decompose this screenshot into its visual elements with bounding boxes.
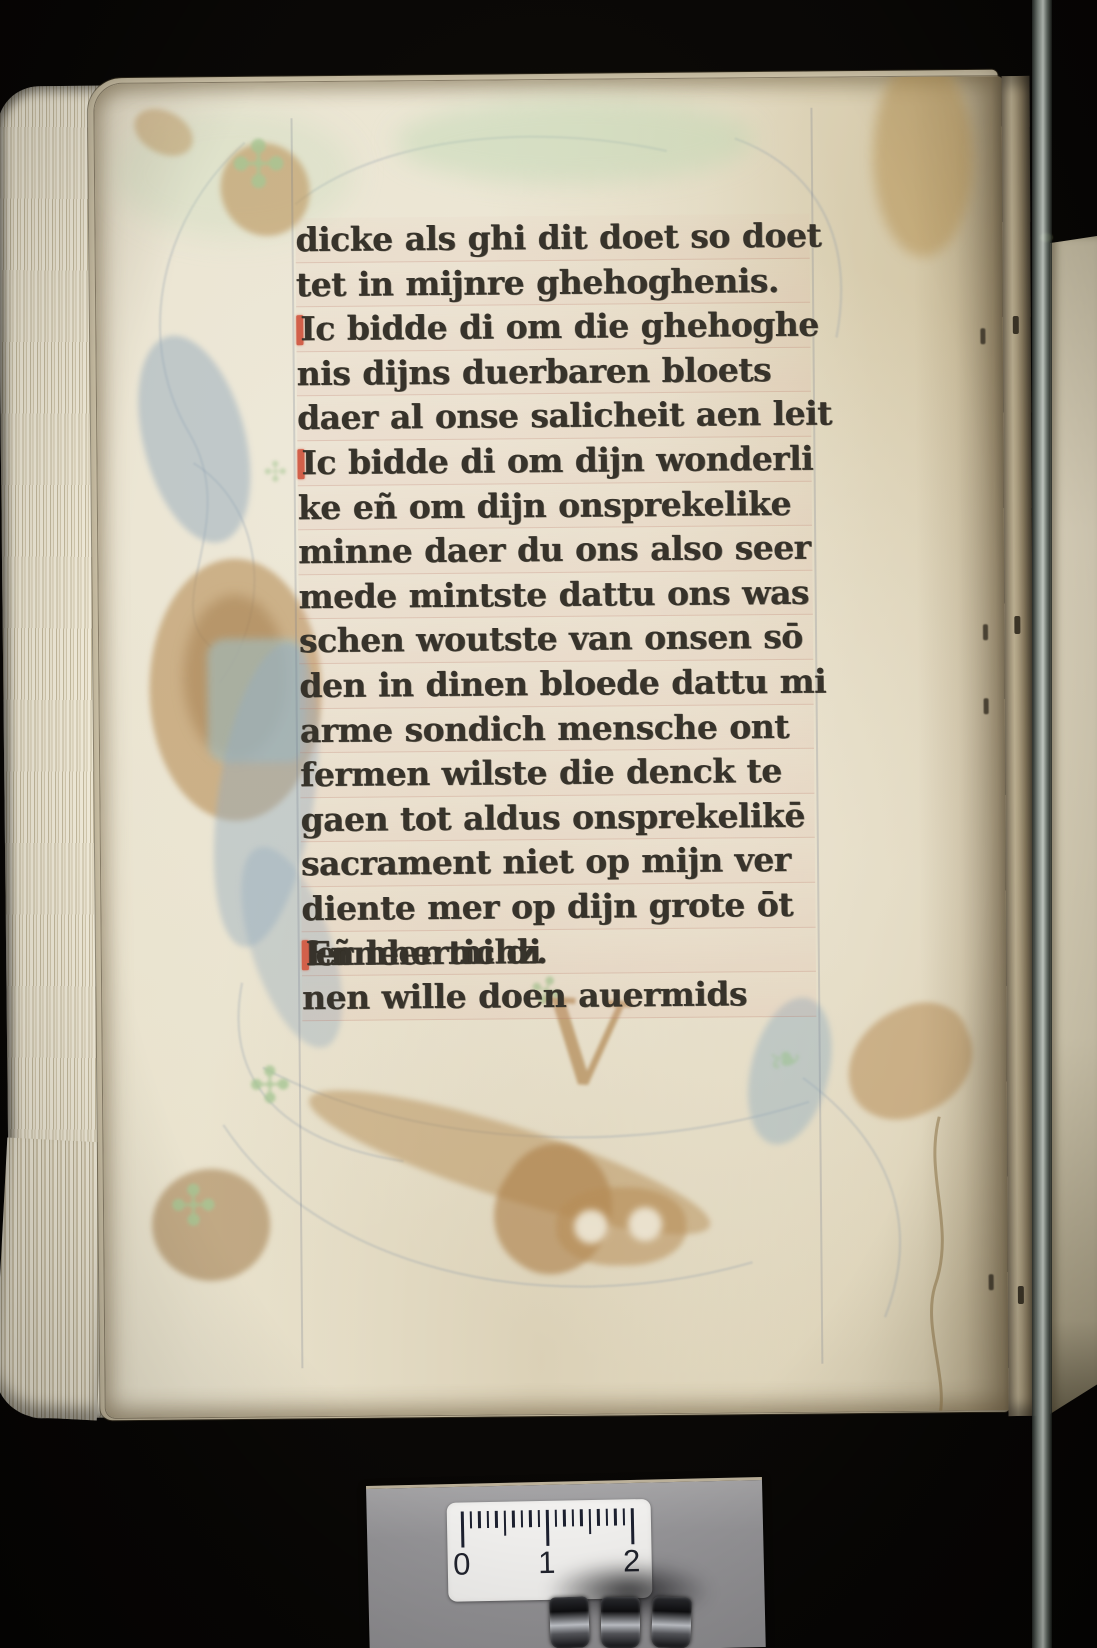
manuscript-line: fermhertichz. Eñ leer mi di <box>302 927 816 976</box>
manuscript-line-text: nen wille doen auermids <box>302 972 747 1020</box>
manuscript-line-text: mede mintste dattu ons was <box>298 571 809 620</box>
tan-double-ring-leaf <box>556 1187 687 1266</box>
manuscript-line-text: den in dinen bloede dattu mi <box>299 660 826 709</box>
facing-recto-page-sliver <box>1050 236 1097 1414</box>
ruler-tick <box>486 1511 489 1528</box>
ruler-tick <box>503 1511 506 1536</box>
manuscript-verso-page: V ✣ ✣ ✣ ✣ ❧ ✣ dicke als ghi dit doet so … <box>94 76 1014 1418</box>
manuscript-line: nis dijns duerbaren bloets <box>297 348 811 397</box>
manuscript-line-text: schen woutste van onsen sō <box>299 615 803 664</box>
ruler-tick <box>546 1510 550 1546</box>
manuscript-line: minne daer du ons also seer <box>298 526 812 575</box>
photograph-of-manuscript: V ✣ ✣ ✣ ✣ ❧ ✣ dicke als ghi dit doet so … <box>0 0 1097 1648</box>
manuscript-line-text: sacrament niet op mijn ver <box>301 838 791 887</box>
clip-prong <box>651 1596 692 1648</box>
sewing-mark <box>980 328 985 344</box>
ruler-tick <box>597 1509 600 1526</box>
ruler-tick <box>469 1511 472 1528</box>
sewing-mark <box>1013 316 1019 334</box>
manuscript-line: Ic bidde di om die ghehoghe <box>296 303 810 352</box>
manuscript-line: sacrament niet op mijn ver <box>301 838 815 887</box>
manuscript-line: nen wille doen auermids <box>302 972 816 1021</box>
ruler-tick <box>605 1509 608 1526</box>
sewing-mark <box>984 698 989 714</box>
manuscript-line: schen woutste van onsen sō <box>299 615 813 664</box>
manuscript-line: den in dinen bloede dattu mi <box>299 660 813 709</box>
ruler-tick <box>614 1509 617 1526</box>
ruler-tick <box>580 1509 583 1526</box>
manuscript-line-text: dicke als ghi dit doet so doet <box>295 214 821 263</box>
ruler-tick <box>520 1510 523 1527</box>
green-star-flower: ✣ <box>170 1179 217 1235</box>
manuscript-line: diente mer op dijn grote ōt <box>301 883 815 932</box>
manuscript-line: dicke als ghi dit doet so doet <box>295 214 809 263</box>
manuscript-line-text: Eñ leer mi di <box>306 930 541 977</box>
manuscript-line-text: Ic bidde di om die ghehoghe <box>300 303 819 352</box>
manuscript-line-text: gaen tot aldus onsprekelikē <box>300 794 805 843</box>
green-star-flower: ✣ <box>263 458 287 486</box>
glass-weight-strip <box>1032 0 1052 1648</box>
ruler-tick <box>537 1510 540 1527</box>
ruler-tick <box>571 1509 574 1526</box>
manuscript-line-text: ke eñ om dijn onsprekelike <box>298 481 791 530</box>
manuscript-line-text: arme sondich mensche ont <box>300 704 790 753</box>
clip-prong <box>601 1597 640 1648</box>
manuscript-line: Ic bidde di om dijn wonderli <box>297 437 811 486</box>
ruler-tick <box>563 1510 566 1527</box>
ruler-tick <box>478 1511 481 1528</box>
green-star-flower: ✣ <box>249 1060 291 1110</box>
ring-hole <box>574 1210 608 1244</box>
ruler-tick <box>588 1509 591 1534</box>
manuscript-line: daer al onse salicheit aen leit <box>297 392 811 441</box>
parchment-crease <box>893 1116 996 1417</box>
manuscript-line: fermen wilste die denck te <box>300 749 814 798</box>
book-page-edges-stack-bottom <box>0 1137 111 1420</box>
sewing-mark <box>1014 616 1020 634</box>
manuscript-line: ke eñ om dijn onsprekelike <box>298 481 812 530</box>
ruler-tick <box>495 1511 498 1528</box>
manuscript-line-text: tet in mijnre ghehoghenis. <box>296 259 779 308</box>
manuscript-line-text: fermen wilste die denck te <box>300 749 782 798</box>
manuscript-line: tet in mijnre ghehoghenis. <box>296 258 810 307</box>
sewing-mark <box>1018 1286 1024 1304</box>
ruler-tick <box>554 1510 557 1527</box>
manuscript-line: mede mintste dattu ons was <box>298 570 812 619</box>
manuscript-line-text: diente mer op dijn grote ōt <box>301 883 793 932</box>
ruler-number: 0 <box>453 1546 471 1582</box>
ruler-tick <box>529 1510 532 1527</box>
ruler-tick <box>622 1508 625 1525</box>
green-star-flower: ✣ <box>231 132 287 198</box>
manuscript-line: gaen tot aldus onsprekelikē <box>300 793 814 842</box>
ruler-tick <box>512 1511 515 1528</box>
clip-prong <box>549 1596 590 1648</box>
binder-clip <box>550 1597 692 1648</box>
manuscript-line-text: Ic bidde di om dijn wonderli <box>301 437 813 486</box>
ring-hole <box>628 1207 662 1241</box>
manuscript-line-text: nis dijns duerbaren bloets <box>297 348 772 397</box>
manuscript-line-text: minne daer du ons also seer <box>298 526 811 575</box>
sewing-mark <box>983 624 988 640</box>
manuscript-line: arme sondich mensche ont <box>300 704 814 753</box>
ruler-tick <box>631 1508 635 1544</box>
manuscript-text-block: dicke als ghi dit doet so doettet in mij… <box>295 214 816 1021</box>
manuscript-line-text: daer al onse salicheit aen leit <box>297 392 832 441</box>
ruler-tick <box>461 1511 465 1547</box>
